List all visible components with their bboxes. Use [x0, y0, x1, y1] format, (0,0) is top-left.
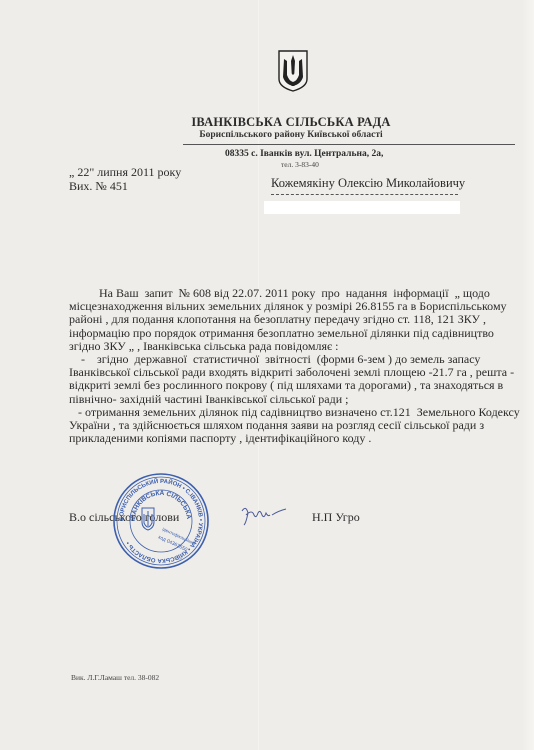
organization-subtitle: Бориспільського району Київської області	[0, 130, 534, 140]
body-line: північно- західній частині Іванківської …	[69, 393, 519, 406]
organization-phone: тел. 3-83-40	[281, 160, 319, 169]
body-line: прикладеними копіями паспорту , ідентифі…	[69, 432, 519, 445]
letterhead-divider	[183, 144, 515, 145]
signature-icon	[238, 503, 290, 529]
organization-address: 08335 с. Іванків вул. Центральна, 2а,	[225, 149, 383, 159]
body-line: районі , для подання клопотання на безоп…	[69, 313, 519, 326]
paper-edge	[522, 0, 534, 750]
outgoing-number: Вих. № 451	[69, 179, 128, 194]
letter-body: На Ваш запит № 608 від 22.07. 2011 року …	[69, 287, 519, 445]
organization-name: ІВАНКІВСЬКА СІЛЬСЬКА РАДА	[0, 115, 534, 130]
body-line: інформацію про порядок отримання безопла…	[69, 327, 519, 340]
executor-info: Вик. Л.Г.Ламаш тел. 38-082	[71, 673, 159, 682]
redacted-address	[264, 201, 460, 214]
official-stamp-icon: БОРИСПІЛЬСЬКИЙ РАЙОН • С.ІВАНКІВ • УКРАЇ…	[112, 472, 210, 570]
recipient-name: Кожемякіну Олексію Миколайовичу	[271, 176, 465, 191]
letter-date: „ 22" липня 2011 року	[69, 165, 181, 180]
body-line: відкриті землі без рослинного покрову ( …	[69, 379, 519, 392]
signer-name: Н.П Угро	[312, 510, 360, 525]
trident-coat-of-arms-icon	[277, 49, 309, 93]
recipient-underline	[271, 194, 458, 195]
